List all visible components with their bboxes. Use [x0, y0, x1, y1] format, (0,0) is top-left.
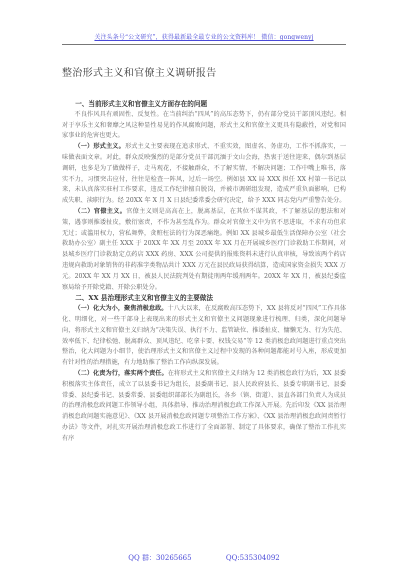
- paragraph: 不良作风具有顽固性、反复性。在当前纠治“四风”的高压态势下，仍有部分党员干部顶风…: [62, 110, 346, 142]
- document-title: 整治形式主义和官僚主义调研报告: [62, 64, 217, 79]
- header-banner: 关注头条号“公文研究”，获得最新最全最专业的公文资料库！ 微信：gongweny…: [62, 24, 346, 45]
- paragraph-text: 在将形式主义和官僚主义归纳为 12 类消极怠政行为后，XX 县委积极落实主体责任…: [62, 370, 346, 442]
- qq-number: QQ:535304092: [226, 554, 280, 562]
- paragraph: （二）化责为行，落实两个责任。在将形式主义和官僚主义归纳为 12 类消极怠政行为…: [62, 369, 346, 445]
- section-heading: 一、当前形式主义和官僚主义方面存在的问题: [62, 99, 346, 110]
- paragraph: （二）官僚主义。官僚主义则是高高在上，脱离基层，在其位不谋其政，不了解基层的想法…: [62, 207, 346, 293]
- document-body: 一、当前形式主义和官僚主义方面存在的问题 不良作风具有顽固性、反复性。在当前纠治…: [62, 99, 346, 445]
- section-heading: 二、XX 县治理形式主义和官僚主义的主要做法: [62, 293, 346, 304]
- footer-contact: QQ 群：30265665 QQ:535304092: [0, 553, 408, 563]
- subsection-heading: （一）形式主义。: [74, 143, 125, 150]
- subsection-heading: （二）官僚主义。: [74, 208, 126, 215]
- paragraph-text: 十八大以来，在反腐败高压态势下，XX 县将反对“四风”工作具体化、明细化，对一些…: [62, 305, 346, 366]
- qq-group-number: QQ 群：30265665: [128, 554, 191, 562]
- paragraph: （一）形式主义。形式主义主要表现在追求形式、不重实效，图虚名、务虚功，工作不抓落…: [62, 142, 346, 207]
- paragraph: （一）化大为小，聚焦消极怠政。十八大以来，在反腐败高压态势下，XX 县将反对“四…: [62, 304, 346, 369]
- paragraph-text: 官僚主义则是高高在上，脱离基层，在其位不谋其政，不了解基层的想法和对策，遇事则推…: [62, 208, 346, 291]
- subsection-heading: （二）化责为行，落实两个责任。: [74, 370, 167, 377]
- header-banner-link[interactable]: 关注头条号“公文研究”，获得最新最全最专业的公文资料库！ 微信：gongweny…: [94, 34, 313, 41]
- subsection-heading: （一）化大为小，聚焦消极怠政。: [74, 305, 167, 312]
- paragraph-text: 形式主义主要表现在追求形式、不重实效，图虚名、务虚功，工作不抓落实，一味做表面文…: [62, 143, 346, 204]
